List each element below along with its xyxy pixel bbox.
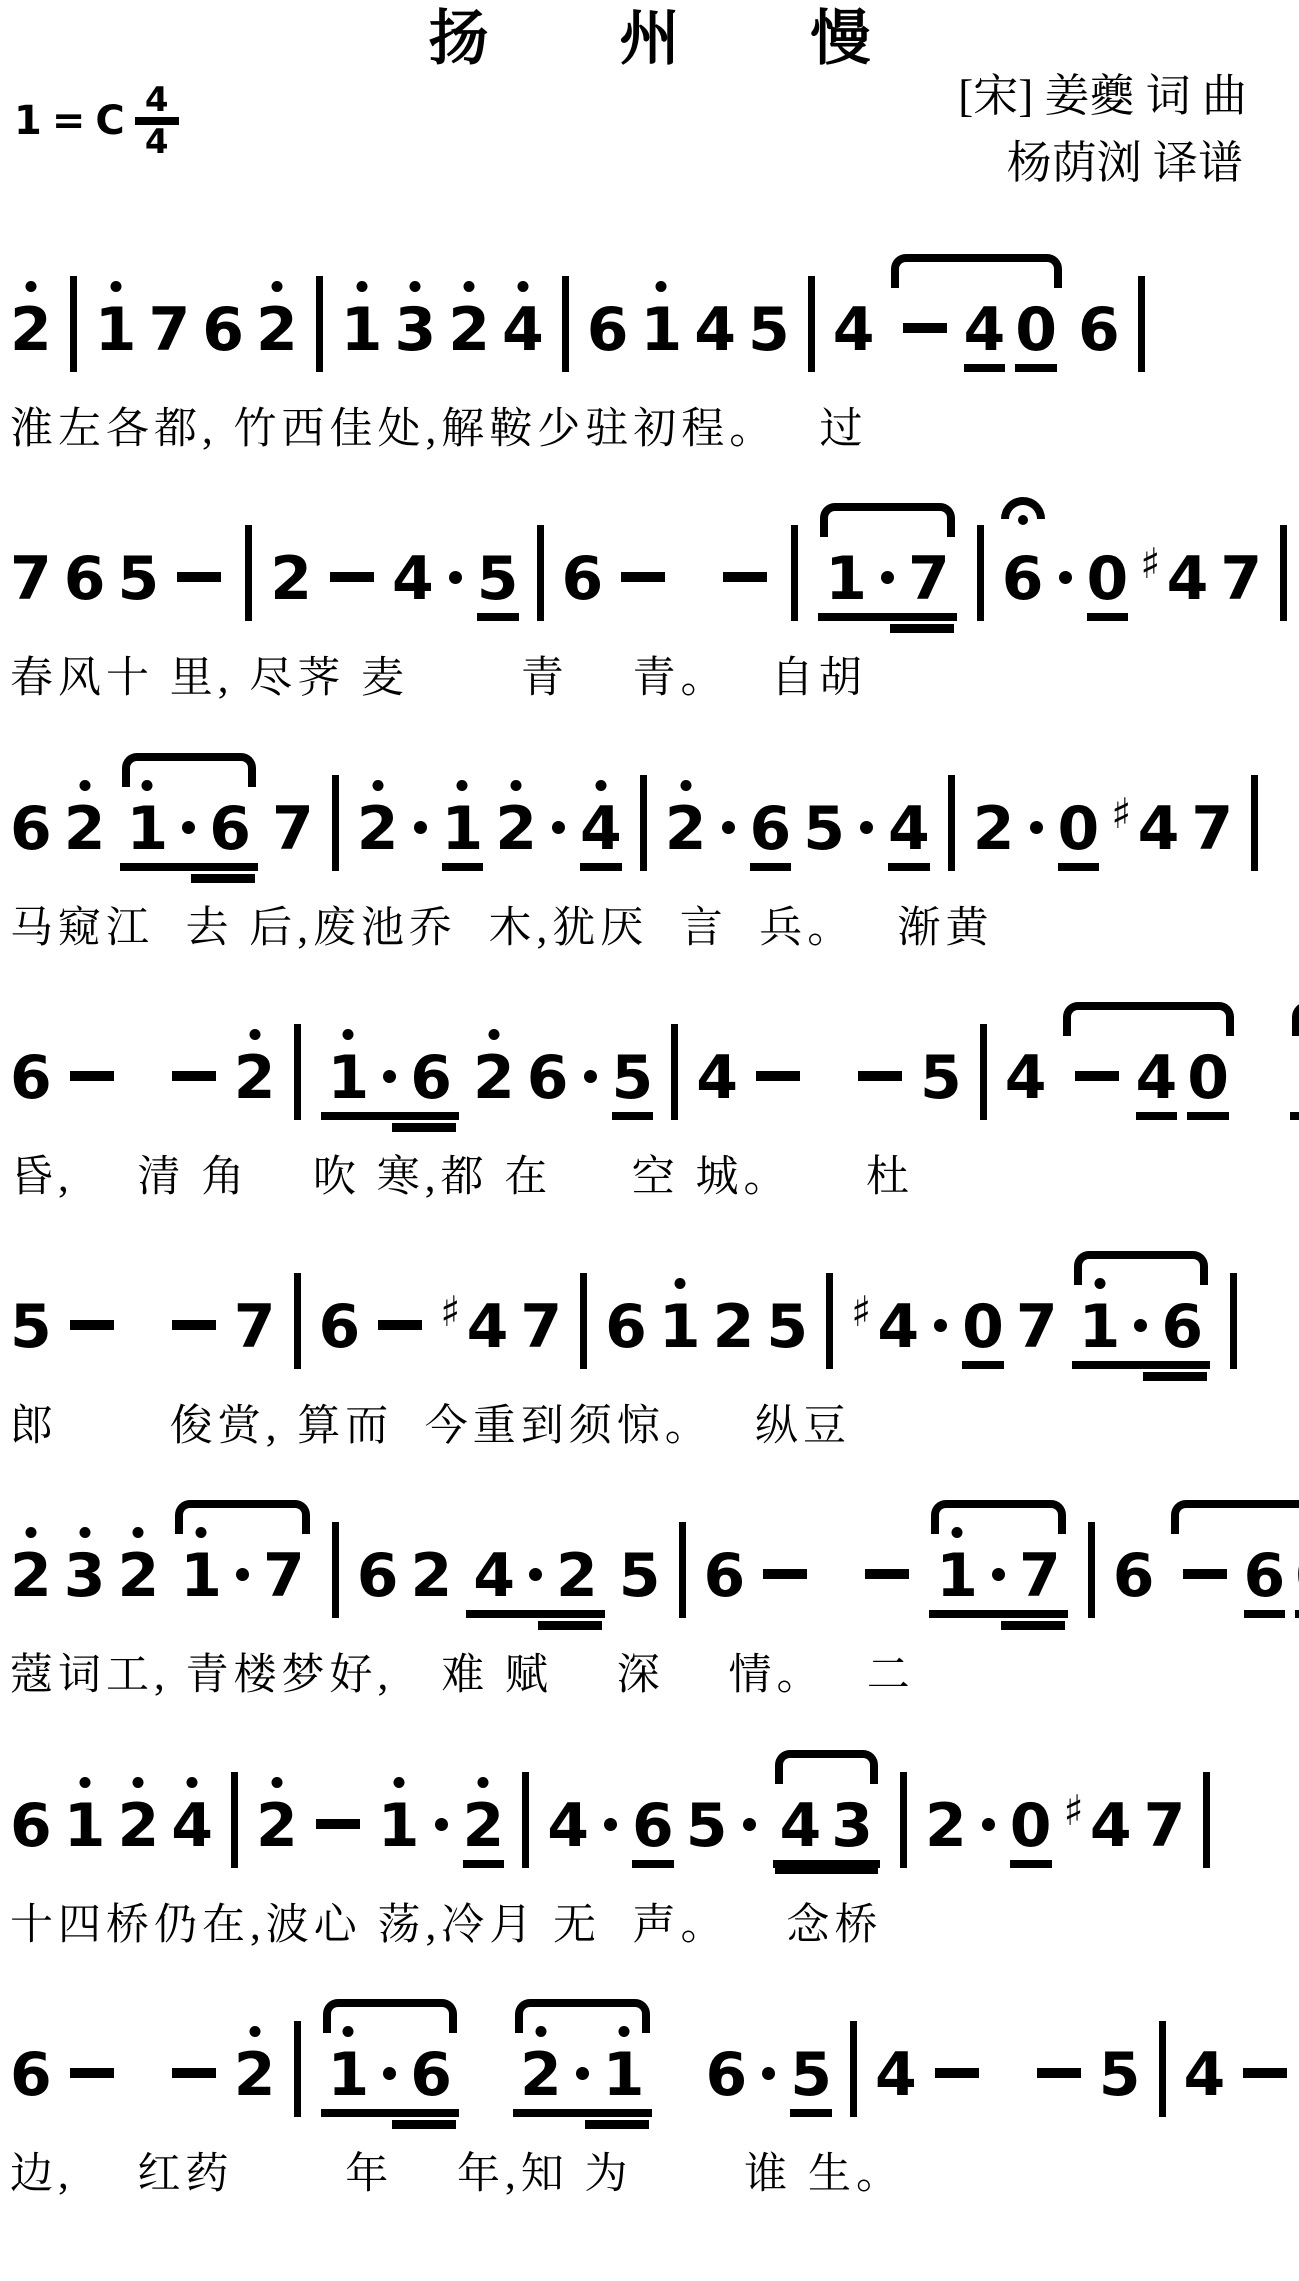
note-digit: 4: [547, 1796, 589, 1856]
barline: [294, 1273, 301, 1369]
notation-systems: 21762132461454406 淮左各都, 竹西佳处,解鞍少驻初程。 过 7…: [0, 186, 1299, 2198]
note-digit: 7: [520, 1297, 562, 1357]
system-7: 61242124654320♯47 十四桥仍在,波心 荡,冷月 无 声。 念桥: [0, 1710, 1299, 1949]
barline: [1230, 1273, 1237, 1369]
note-digit: 2: [448, 300, 490, 360]
note-digit: 4: [473, 1546, 515, 1606]
note-digit: 4: [833, 300, 875, 360]
note-digit: 2: [713, 1297, 755, 1357]
sharp-icon: ♯: [1111, 793, 1131, 835]
slur-group: 17: [818, 549, 957, 621]
note-digit: 3: [831, 1796, 873, 1856]
beam-group: 42: [466, 1546, 605, 1618]
beam-group: 16: [321, 1048, 460, 1120]
barline: [294, 2021, 301, 2117]
notation-line-4: 62162654544024: [0, 962, 1299, 1154]
duration-dash: [858, 1071, 902, 1081]
transcriber-credit: 杨荫浏 译谱: [958, 141, 1247, 186]
barline: [1138, 276, 1145, 372]
duration-dash: [70, 2068, 114, 2078]
augmentation-dot: [982, 1818, 995, 1831]
augmentation-dot: [529, 1568, 542, 1581]
note-digit: 5: [920, 1048, 962, 1108]
note-digit: 4: [780, 1796, 822, 1856]
augmentation-dot: [584, 1070, 597, 1083]
note-digit: 2: [665, 799, 707, 859]
note-digit: 7: [1191, 799, 1233, 859]
note-digit: 2: [520, 2045, 562, 2105]
slur-group: 17: [173, 1546, 312, 1606]
note-digit: 4: [696, 1048, 738, 1108]
note-digit: 6: [319, 1297, 361, 1357]
note-digit: 5: [10, 1297, 52, 1357]
notation-line-2: 76524561760♯47: [0, 463, 1299, 655]
note-digit: 5: [766, 1297, 808, 1357]
note-digit: 2: [973, 799, 1015, 859]
notation-line-3: 621672124265420♯47: [0, 713, 1299, 905]
note-digit: 2: [357, 799, 399, 859]
slur-group: 21: [513, 2045, 652, 2117]
system-1: 21762132461454406 淮左各都, 竹西佳处,解鞍少驻初程。 过: [0, 214, 1299, 453]
augmentation-dot: [1134, 1319, 1147, 1332]
augmentation-dot: [743, 1818, 756, 1831]
note-digit: 7: [272, 799, 314, 859]
note-digit: 4: [502, 300, 544, 360]
system-6: 23217624256176604 蔻词工, 青楼梦好, 难 赋 深 情。 二: [0, 1460, 1299, 1699]
sharp-icon: ♯: [440, 1291, 460, 1333]
rest-digit: 0: [1058, 799, 1100, 871]
note-digit: 6: [1113, 1546, 1155, 1606]
note-digit: 7: [1144, 1796, 1186, 1856]
augmentation-dot: [722, 821, 735, 834]
rest-digit: 0: [1010, 1796, 1052, 1868]
rest-digit: 0: [962, 1297, 1004, 1369]
barline: [332, 775, 339, 871]
barline: [980, 1024, 987, 1120]
note-digit: 2: [925, 1796, 967, 1856]
note-digit: 4: [467, 1297, 509, 1357]
duration-dash: [935, 2068, 979, 2078]
notation-line-7: 61242124654320♯47: [0, 1710, 1299, 1902]
lyrics-line-4: 昏, 清 角 吹 寒,都 在 空 城。 杜: [0, 1154, 1299, 1201]
note-digit: 4: [1184, 2045, 1226, 2105]
duration-dash: [70, 1071, 114, 1081]
note-digit: 4: [392, 549, 434, 609]
augmentation-dot: [762, 2067, 775, 2080]
note-digit: 2: [270, 549, 312, 609]
augmentation-dot: [435, 1818, 448, 1831]
barline: [316, 276, 323, 372]
duration-dash: [378, 1320, 422, 1330]
note-digit: 2: [473, 1048, 515, 1108]
note-digit: 6: [209, 799, 251, 859]
note-digit: 6: [706, 2045, 748, 2105]
key-signature: 1 = C 4 4: [14, 84, 179, 159]
lyrics-line-5: 郎 俊赏, 算而 今重到须惊。 纵豆: [0, 1403, 1299, 1450]
barline: [70, 276, 77, 372]
barline: [671, 1024, 678, 1120]
note-digit: 2: [10, 300, 52, 360]
rest-digit: 0: [1087, 549, 1129, 621]
note-digit: 7: [234, 1297, 276, 1357]
slur-group: 43: [773, 1796, 881, 1868]
duration-dash: [316, 1819, 360, 1829]
note-digit: 7: [1220, 549, 1262, 609]
barline: [1251, 775, 1258, 871]
note-digit: 2: [118, 1796, 160, 1856]
duration-dash: [723, 572, 767, 582]
note-digit: 2: [256, 1796, 298, 1856]
note-digit: 6: [750, 799, 792, 871]
barline: [522, 1772, 529, 1868]
duration-dash: [1037, 2068, 1081, 2078]
sharp-icon: ♯: [1064, 1790, 1084, 1832]
augmentation-dot: [414, 821, 427, 834]
note-digit: 4: [1138, 799, 1180, 859]
slur-group: 40: [889, 300, 1065, 372]
note-digit: 1: [328, 2045, 370, 2105]
note-digit: 4: [1090, 1796, 1132, 1856]
note-digit: 3: [395, 300, 437, 360]
slur-group: 16: [321, 2045, 460, 2117]
note-digit: 5: [1099, 2045, 1141, 2105]
notation-line-8: 62162165454: [0, 1959, 1299, 2151]
note-digit: 6: [202, 300, 244, 360]
note-digit: 7: [1016, 1297, 1058, 1357]
note-digit: 6: [10, 799, 52, 859]
note-digit: 3: [64, 1546, 106, 1606]
duration-dash: [70, 1320, 114, 1330]
system-4: 62162654544024 昏, 清 角 吹 寒,都 在 空 城。 杜: [0, 962, 1299, 1201]
augmentation-dot: [182, 821, 195, 834]
note-digit: 1: [825, 549, 867, 609]
augmentation-dot: [576, 2067, 589, 2080]
note-digit: 2: [10, 1546, 52, 1606]
note-digit: 5: [477, 549, 519, 621]
lyrics-line-8: 边, 红药 年 年,知 为 谁 生。: [0, 2151, 1299, 2198]
note-digit: 4: [875, 2045, 917, 2105]
note-digit: 1: [95, 300, 137, 360]
note-digit: 6: [587, 300, 629, 360]
note-digit: 6: [1078, 300, 1120, 360]
lyrics-line-6: 蔻词工, 青楼梦好, 难 赋 深 情。 二: [0, 1652, 1299, 1699]
note-digit: 2: [118, 1546, 160, 1606]
note-digit: 2: [234, 1048, 276, 1108]
key-mode: C: [95, 98, 124, 144]
rest-digit: 0: [1015, 300, 1057, 372]
duration-dash: [1243, 2068, 1287, 2078]
augmentation-dot: [1030, 821, 1043, 834]
note-digit: 2: [256, 300, 298, 360]
note-digit: 6: [357, 1546, 399, 1606]
lyrics-line-2: 春风十 里, 尽荠 麦 青 青。 自胡: [0, 655, 1299, 702]
barline: [808, 276, 815, 372]
system-3: 621672124265420♯47 马窥江 去 后,废池乔 木,犹厌 言 兵。…: [0, 713, 1299, 952]
sheet-music-page: 扬 州 慢 1 = C 4 4 [宋] 姜夔 词 曲 杨荫浏 译谱 217621…: [0, 0, 1299, 2198]
note-digit: 2: [463, 1796, 505, 1868]
system-2: 76524561760♯47 春风十 里, 尽荠 麦 青 青。 自胡: [0, 463, 1299, 702]
song-title: 扬 州 慢: [0, 6, 1299, 72]
system-8: 62162165454 边, 红药 年 年,知 为 谁 生。: [0, 1959, 1299, 2198]
note-digit-fermata: 6: [1002, 549, 1044, 609]
barline: [826, 1273, 833, 1369]
note-digit: 5: [686, 1796, 728, 1856]
augmentation-dot: [604, 1818, 617, 1831]
slur-group: 24: [1290, 1048, 1299, 1120]
note-digit: 6: [410, 2045, 452, 2105]
lyrics-line-3: 马窥江 去 后,废池乔 木,犹厌 言 兵。 渐黄: [0, 905, 1299, 952]
note-digit: 4: [1167, 549, 1209, 609]
duration-dash: [1183, 1569, 1227, 1579]
note-digit: 2: [234, 2045, 276, 2105]
duration-dash: [763, 1569, 807, 1579]
note-digit: 6: [562, 549, 604, 609]
note-digit: 1: [180, 1546, 222, 1606]
note-digit: 4: [171, 1796, 213, 1856]
note-digit: 2: [411, 1546, 453, 1606]
augmentation-dot: [992, 1568, 1005, 1581]
note-digit: 2: [495, 799, 537, 859]
note-digit: 7: [1019, 1546, 1061, 1606]
slur-group: 17: [929, 1546, 1068, 1618]
note-digit: 1: [341, 300, 383, 360]
note-digit: 4: [580, 799, 622, 871]
lyrics-line-7: 十四桥仍在,波心 荡,冷月 无 声。 念桥: [0, 1902, 1299, 1949]
note-digit: 6: [10, 1796, 52, 1856]
rest-digit: 0: [1295, 1546, 1299, 1618]
barline: [1203, 1772, 1210, 1868]
composer-credit: [宋] 姜夔 词 曲: [958, 74, 1247, 119]
note-digit: 1: [64, 1796, 106, 1856]
note-digit: 6: [632, 1796, 674, 1868]
note-digit: 5: [790, 2045, 832, 2117]
note-digit: 6: [410, 1048, 452, 1108]
note-digit: 4: [888, 799, 930, 871]
note-digit: 1: [328, 1048, 370, 1108]
augmentation-dot: [383, 2067, 396, 2080]
duration-dash: [756, 1071, 800, 1081]
duration-dash: [330, 572, 374, 582]
barline: [1280, 525, 1287, 621]
duration-dash: [177, 572, 221, 582]
note-digit: 5: [118, 549, 160, 609]
note-digit: 7: [263, 1546, 305, 1606]
note-digit: 5: [748, 300, 790, 360]
augmentation-dot: [236, 1568, 249, 1581]
slur-group: 40: [1061, 1048, 1237, 1120]
barline: [580, 1273, 587, 1369]
meter-denominator: 4: [145, 126, 169, 158]
system-5: 576♯476125♯40716 郎 俊赏, 算而 今重到须惊。 纵豆: [0, 1211, 1299, 1450]
note-digit: 6: [10, 2045, 52, 2105]
note-digit: 1: [603, 2045, 645, 2105]
note-digit: 4: [1005, 1048, 1047, 1108]
slur-group: 16: [120, 799, 259, 871]
duration-dash: [1075, 1071, 1119, 1081]
barline: [537, 525, 544, 621]
duration-dash: [903, 323, 947, 333]
note-digit: 1: [641, 300, 683, 360]
slur-group: 16: [1072, 1297, 1211, 1369]
key-tonic: 1: [14, 98, 42, 144]
meter-numerator: 4: [145, 84, 169, 116]
note-digit: 4: [1136, 1048, 1178, 1120]
score-header: 1 = C 4 4 [宋] 姜夔 词 曲 杨荫浏 译谱: [0, 72, 1299, 186]
note-digit: 2: [556, 1546, 598, 1606]
note-digit: 5: [803, 799, 845, 859]
time-signature: 4 4: [135, 84, 179, 159]
note-digit: 6: [1161, 1297, 1203, 1357]
augmentation-dot: [552, 821, 565, 834]
slur-group: 60: [1169, 1546, 1299, 1618]
augmentation-dot: [934, 1319, 947, 1332]
note-digit: 5: [612, 1048, 654, 1120]
note-digit: 5: [619, 1546, 661, 1606]
note-digit: 1: [936, 1546, 978, 1606]
lyrics-line-1: 淮左各都, 竹西佳处,解鞍少驻初程。 过: [0, 406, 1299, 453]
barline: [679, 1522, 686, 1618]
barline: [1088, 1522, 1095, 1618]
note-digit: 6: [704, 1546, 746, 1606]
barline: [640, 775, 647, 871]
note-digit: 6: [64, 549, 106, 609]
barline: [332, 1522, 339, 1618]
duration-dash: [172, 2068, 216, 2078]
augmentation-dot: [449, 571, 462, 584]
duration-dash: [172, 1320, 216, 1330]
note-digit: 4: [877, 1297, 919, 1357]
sharp-icon: ♯: [1140, 543, 1160, 585]
note-digit: 1: [442, 799, 484, 871]
note-digit: 6: [1244, 1546, 1286, 1618]
note-digit: 1: [1079, 1297, 1121, 1357]
barline: [245, 525, 252, 621]
duration-dash: [865, 1569, 909, 1579]
notation-line-6: 23217624256176604: [0, 1460, 1299, 1652]
note-digit: 4: [694, 300, 736, 360]
sharp-icon: ♯: [851, 1291, 871, 1333]
note-digit: 6: [10, 1048, 52, 1108]
barline: [294, 1024, 301, 1120]
notation-line-1: 21762132461454406: [0, 214, 1299, 406]
barline: [562, 276, 569, 372]
barline: [850, 2021, 857, 2117]
note-digit: 1: [127, 799, 169, 859]
key-equals: =: [52, 98, 86, 144]
note-digit: 6: [605, 1297, 647, 1357]
note-digit: 7: [908, 549, 950, 609]
augmentation-dot: [1059, 571, 1072, 584]
credits: [宋] 姜夔 词 曲 杨荫浏 译谱: [958, 74, 1247, 186]
duration-dash: [172, 1071, 216, 1081]
barline: [231, 1772, 238, 1868]
note-digit: 2: [64, 799, 106, 859]
note-digit: 4: [964, 300, 1006, 372]
note-digit: 1: [659, 1297, 701, 1357]
note-digit: 6: [527, 1048, 569, 1108]
barline: [900, 1772, 907, 1868]
barline: [948, 775, 955, 871]
note-digit: 7: [10, 549, 52, 609]
duration-dash: [621, 572, 665, 582]
barline: [1159, 2021, 1166, 2117]
augmentation-dot: [881, 571, 894, 584]
rest-digit: 0: [1187, 1048, 1229, 1120]
augmentation-dot: [860, 821, 873, 834]
barline: [791, 525, 798, 621]
note-digit: 7: [149, 300, 191, 360]
augmentation-dot: [383, 1070, 396, 1083]
notation-line-5: 576♯476125♯40716: [0, 1211, 1299, 1403]
note-digit: 1: [378, 1796, 420, 1856]
barline: [977, 525, 984, 621]
